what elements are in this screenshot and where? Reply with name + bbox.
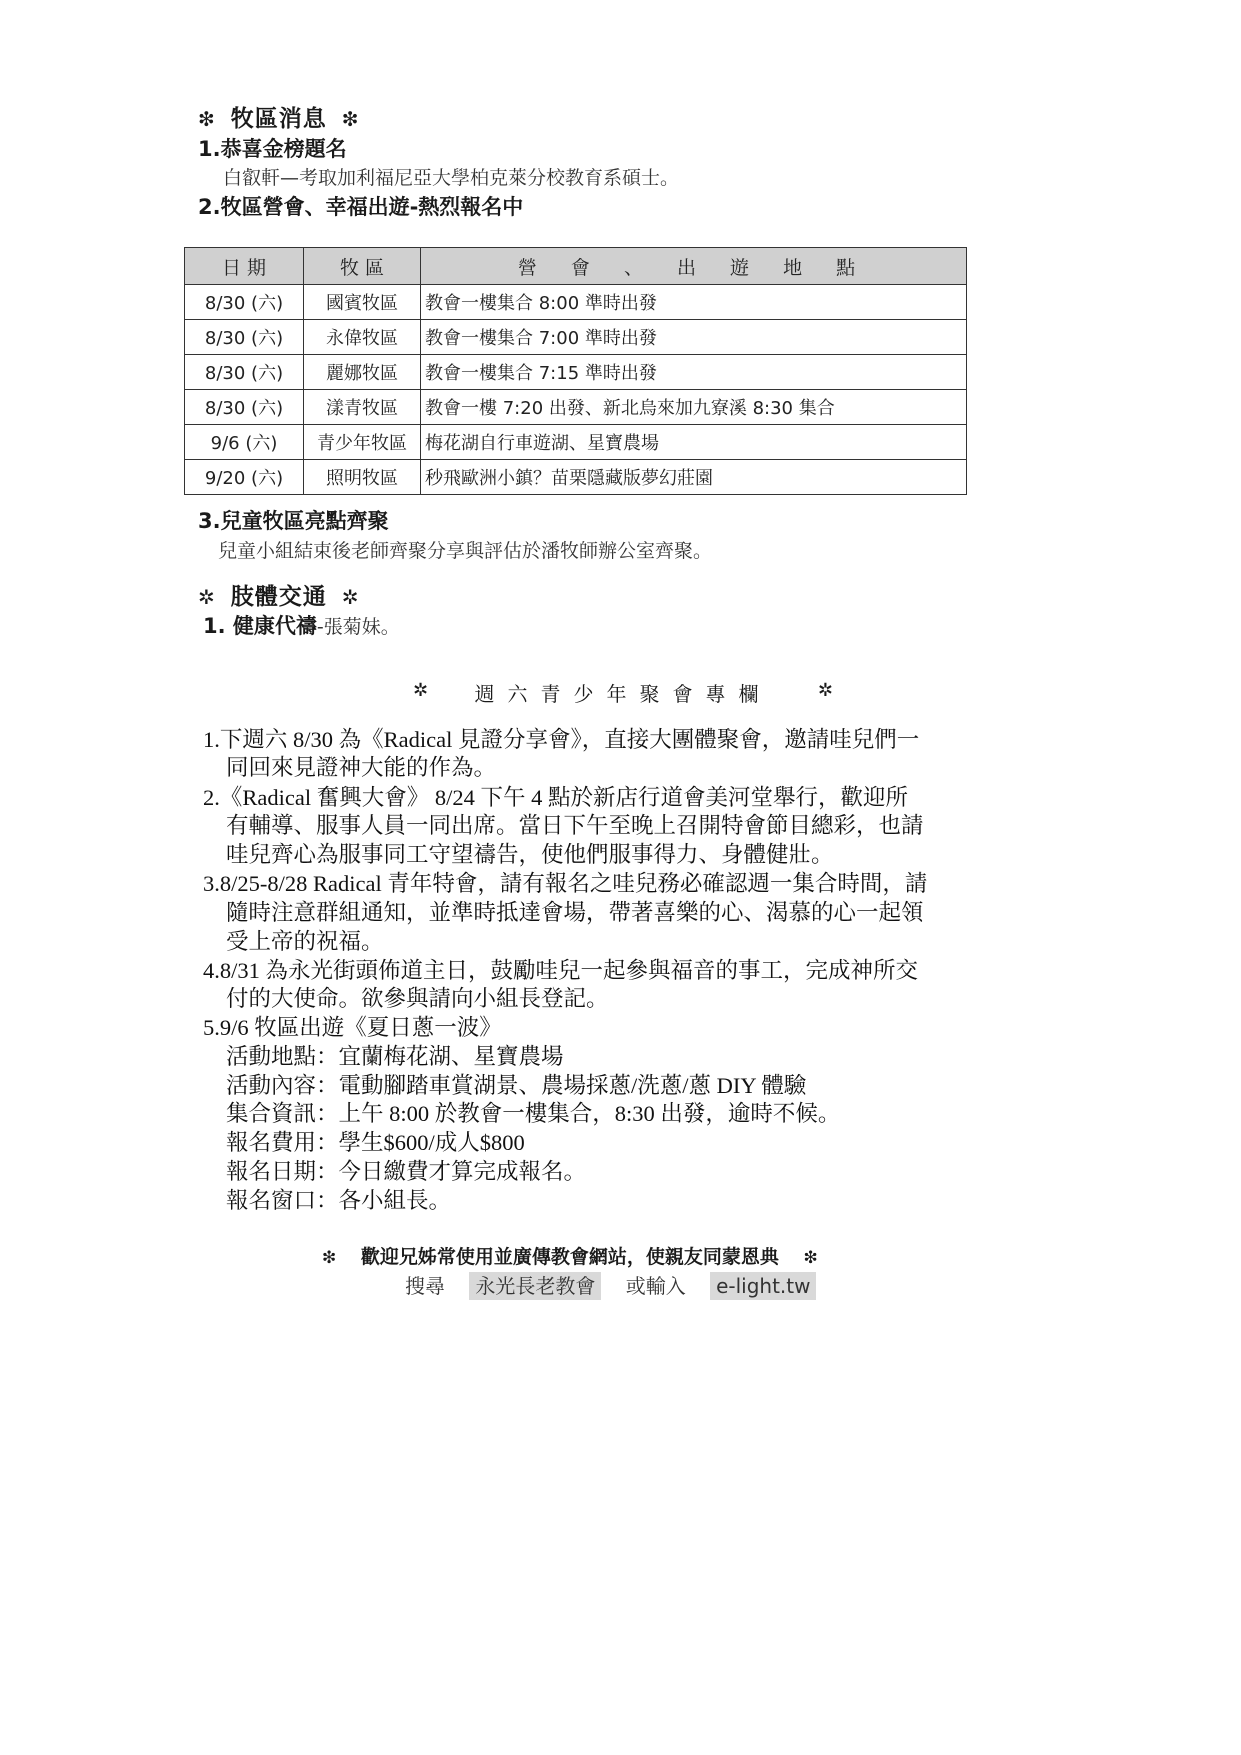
item-heading-children: 3.兒童牧區亮點齊聚 [198,505,389,535]
trip-detail-fee: 報名費用：學生$600/成人$800 [226,1125,525,1157]
cell-district: 永偉牧區 [304,320,421,355]
section-title-text: 牧區消息 [231,106,327,132]
item-heading-congrats: 1.恭喜金榜題名 [198,133,347,163]
cell-date: 8/30 (六) [185,285,304,320]
youth-item-2-line-2: 有輔導、服事人員一同出席。當日下午至晚上召開特會節目總彩，也請 [226,808,924,840]
flower-star-icon: ❇ [342,107,360,131]
item-heading-retreat: 2.牧區營會、幸福出遊-熱烈報名中 [198,191,523,221]
footer-promo-text: 歡迎兄姊常使用並廣傳教會網站，使親友同蒙恩典 [361,1246,779,1268]
cell-district: 照明牧區 [304,460,421,495]
youth-item-3-line-3: 受上帝的祝福。 [226,924,384,956]
flower-star-icon: ✲ [413,680,428,701]
cell-date: 9/6 (六) [185,425,304,460]
youth-item-2-line-3: 哇兒齊心為服事同工守望禱告，使他們服事得力、身體健壯。 [226,837,834,869]
cell-location: 梅花湖自行車遊湖、星寶農場 [421,425,967,460]
youth-item-1-line-2: 同回來見證神大能的作為。 [226,750,496,782]
cell-district: 麗娜牧區 [304,355,421,390]
section-title-text: 肢體交通 [231,584,327,610]
section-title-text: 週六青少年聚會專欄 [475,682,772,706]
flower-star-icon: ❇ [322,1248,336,1268]
trip-detail-meeting: 集合資訊：上午 8:00 於教會一樓集合，8:30 出發，逾時不候。 [226,1096,840,1128]
section-title-member-news: ✲ 肢體交通 ✲ [198,578,360,611]
prayer-request-item: 1. 健康代禱-張菊妹。 [203,610,400,640]
flower-star-icon: ✲ [198,585,216,609]
header-district: 牧 區 [304,248,421,285]
cell-date: 9/20 (六) [185,460,304,495]
youth-item-4-line-2: 付的大使命。欲參與請向小組長登記。 [226,981,609,1013]
cell-date: 8/30 (六) [185,355,304,390]
youth-item-5-line-1: 5.9/6 牧區出遊《夏日蔥一波》 [203,1010,502,1042]
retreat-schedule-table: 日 期 牧 區 營 會 、 出 遊 地 點 8/30 (六) 國賓牧區 教會一樓… [184,247,967,495]
cell-district: 青少年牧區 [304,425,421,460]
table-row: 8/30 (六) 麗娜牧區 教會一樓集合 7:15 準時出發 [185,355,967,390]
or-label: 或輸入 [626,1274,686,1298]
cell-location: 教會一樓集合 8:00 準時出發 [421,285,967,320]
trip-detail-signup-date: 報名日期：今日繳費才算完成報名。 [226,1154,586,1186]
cell-location: 秒飛歐洲小鎮？苗栗隱藏版夢幻莊園 [421,460,967,495]
youth-item-3-line-1: 3.8/25-8/28 Radical 青年特會，請有報名之哇兒務必確認週一集合… [203,866,927,898]
cell-location: 教會一樓集合 7:15 準時出發 [421,355,967,390]
flower-star-icon: ✲ [818,680,833,701]
section-title-district-news: ❇ 牧區消息 ❇ [198,100,360,133]
flower-star-icon: ❇ [804,1248,818,1268]
cell-location: 教會一樓 7:20 出發、新北烏來加九寮溪 8:30 集合 [421,390,967,425]
search-label: 搜尋 [405,1274,445,1298]
table-header-row: 日 期 牧 區 營 會 、 出 遊 地 點 [185,248,967,285]
table-row: 8/30 (六) 永偉牧區 教會一樓集合 7:00 準時出發 [185,320,967,355]
prayer-name: -張菊妹。 [317,616,400,638]
table-row: 9/6 (六) 青少年牧區 梅花湖自行車遊湖、星寶農場 [185,425,967,460]
cell-district: 國賓牧區 [304,285,421,320]
item-text-congrats: 白叡軒—考取加利福尼亞大學柏克萊分校教育系碩士。 [223,163,679,190]
youth-item-3-line-2: 隨時注意群組通知，並準時抵達會場，帶著喜樂的心、渴慕的心一起領 [226,895,924,927]
cell-location: 教會一樓集合 7:00 準時出發 [421,320,967,355]
header-date: 日 期 [185,248,304,285]
cell-date: 8/30 (六) [185,390,304,425]
item-text-children: 兒童小組結束後老師齊聚分享與評估於潘牧師辦公室齊聚。 [218,536,712,563]
website-url[interactable]: e-light.tw [710,1272,816,1300]
prayer-label: 1. 健康代禱 [203,614,317,638]
flower-star-icon: ✲ [342,585,360,609]
section-title-youth-column: ✲ 週六青少年聚會專欄 ✲ [413,678,833,707]
header-location: 營 會 、 出 遊 地 點 [421,248,967,285]
table-row: 8/30 (六) 漾青牧區 教會一樓 7:20 出發、新北烏來加九寮溪 8:30… [185,390,967,425]
trip-detail-signup-contact: 報名窗口：各小組長。 [226,1183,451,1215]
cell-district: 漾青牧區 [304,390,421,425]
table-row: 8/30 (六) 國賓牧區 教會一樓集合 8:00 準時出發 [185,285,967,320]
footer-search-hint: 搜尋 永光長老教會 或輸入 e-light.tw [405,1270,816,1299]
trip-detail-location: 活動地點：宜蘭梅花湖、星寶農場 [226,1039,564,1071]
footer-website-promo: ❇ 歡迎兄姊常使用並廣傳教會網站，使親友同蒙恩典 ❇ [322,1242,818,1269]
cell-date: 8/30 (六) [185,320,304,355]
flower-star-icon: ❇ [198,107,216,131]
table-row: 9/20 (六) 照明牧區 秒飛歐洲小鎮？苗栗隱藏版夢幻莊園 [185,460,967,495]
search-term-highlight: 永光長老教會 [469,1272,601,1300]
